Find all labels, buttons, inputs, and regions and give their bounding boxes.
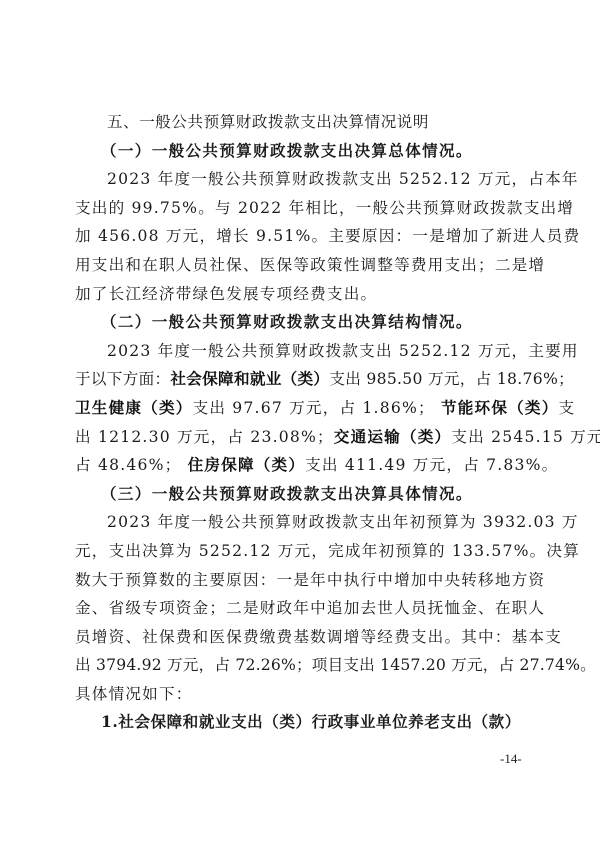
paragraph-line: 金、省级专项资金；二是财政年中追加去世人员抚恤金、在职人 — [75, 594, 517, 623]
category-transport: 交通运输（类） — [334, 427, 452, 446]
paragraph-line: 加 456.08 万元，增长 9.51%。主要原因：一是增加了新进人员费 — [75, 222, 517, 251]
category-social-security: 社会保障和就业（类） — [170, 369, 329, 388]
document-page: 五、一般公共预算财政拨款支出决算情况说明 （一）一般公共预算财政拨款支出决算总体… — [75, 108, 517, 737]
text: 支出 985.50 万元，占 18.76%； — [329, 370, 574, 388]
paragraph-line: 2023 年度一般公共预算财政拨款支出 5252.12 万元，占本年 — [75, 165, 517, 194]
paragraph-line: 2023 年度一般公共预算财政拨款支出年初预算为 3932.03 万 — [75, 508, 517, 537]
item-heading: 1.社会保障和就业支出（类）行政事业单位养老支出（款） — [75, 708, 517, 737]
subsection-heading-overall: （一）一般公共预算财政拨款支出决算总体情况。 — [75, 137, 517, 166]
subsection-heading-structure: （二）一般公共预算财政拨款支出决算结构情况。 — [75, 308, 517, 337]
paragraph-line: 占 48.46%； 住房保障（类）支出 411.49 万元，占 7.83%。 — [75, 451, 517, 480]
text: 于以下方面： — [75, 370, 170, 388]
paragraph-line: 元，支出决算为 5252.12 万元，完成年初预算的 133.57%。决算 — [75, 537, 517, 566]
paragraph-line: 具体情况如下： — [75, 680, 517, 709]
text: 占 48.46%； — [75, 456, 181, 474]
paragraph-line: 员增资、社保费和医保费缴费基数调增等经费支出。其中：基本支 — [75, 623, 517, 652]
paragraph-line: 于以下方面：社会保障和就业（类）支出 985.50 万元，占 18.76%； — [75, 365, 517, 394]
category-housing: 住房保障（类） — [188, 455, 306, 474]
paragraph-line: 出 1212.30 万元，占 23.08%；交通运输（类）支出 2545.15 … — [75, 423, 517, 452]
category-health: 卫生健康（类） — [75, 398, 193, 417]
page-number: -14- — [500, 751, 522, 767]
section-title: 五、一般公共预算财政拨款支出决算情况说明 — [75, 108, 517, 137]
paragraph-line: 用支出和在职人员社保、医保等政策性调整等费用支出；二是增 — [75, 251, 517, 280]
paragraph-line: 数大于预算数的主要原因：一是年中执行中增加中央转移地方资 — [75, 566, 517, 595]
subsection-heading-detail: （三）一般公共预算财政拨款支出决算具体情况。 — [75, 480, 517, 509]
text: 支 — [559, 399, 576, 417]
paragraph-line: 2023 年度一般公共预算财政拨款支出 5252.12 万元，主要用 — [75, 337, 517, 366]
text: 支出 411.49 万元，占 7.83%。 — [305, 456, 558, 474]
paragraph-line: 出 3794.92 万元，占 72.26%；项目支出 1457.20 万元，占 … — [75, 651, 517, 680]
text: 支出 97.67 万元，占 1.86%； — [193, 399, 435, 417]
category-environment: 节能环保（类） — [441, 398, 559, 417]
paragraph-line: 加了长江经济带绿色发展专项经费支出。 — [75, 280, 517, 309]
text: 出 1212.30 万元，占 23.08%； — [75, 428, 334, 446]
text: 支出 2545.15 万元， — [451, 428, 600, 446]
paragraph-line: 卫生健康（类）支出 97.67 万元，占 1.86%； 节能环保（类）支 — [75, 394, 517, 423]
paragraph-line: 支出的 99.75%。与 2022 年相比，一般公共预算财政拨款支出增 — [75, 194, 517, 223]
